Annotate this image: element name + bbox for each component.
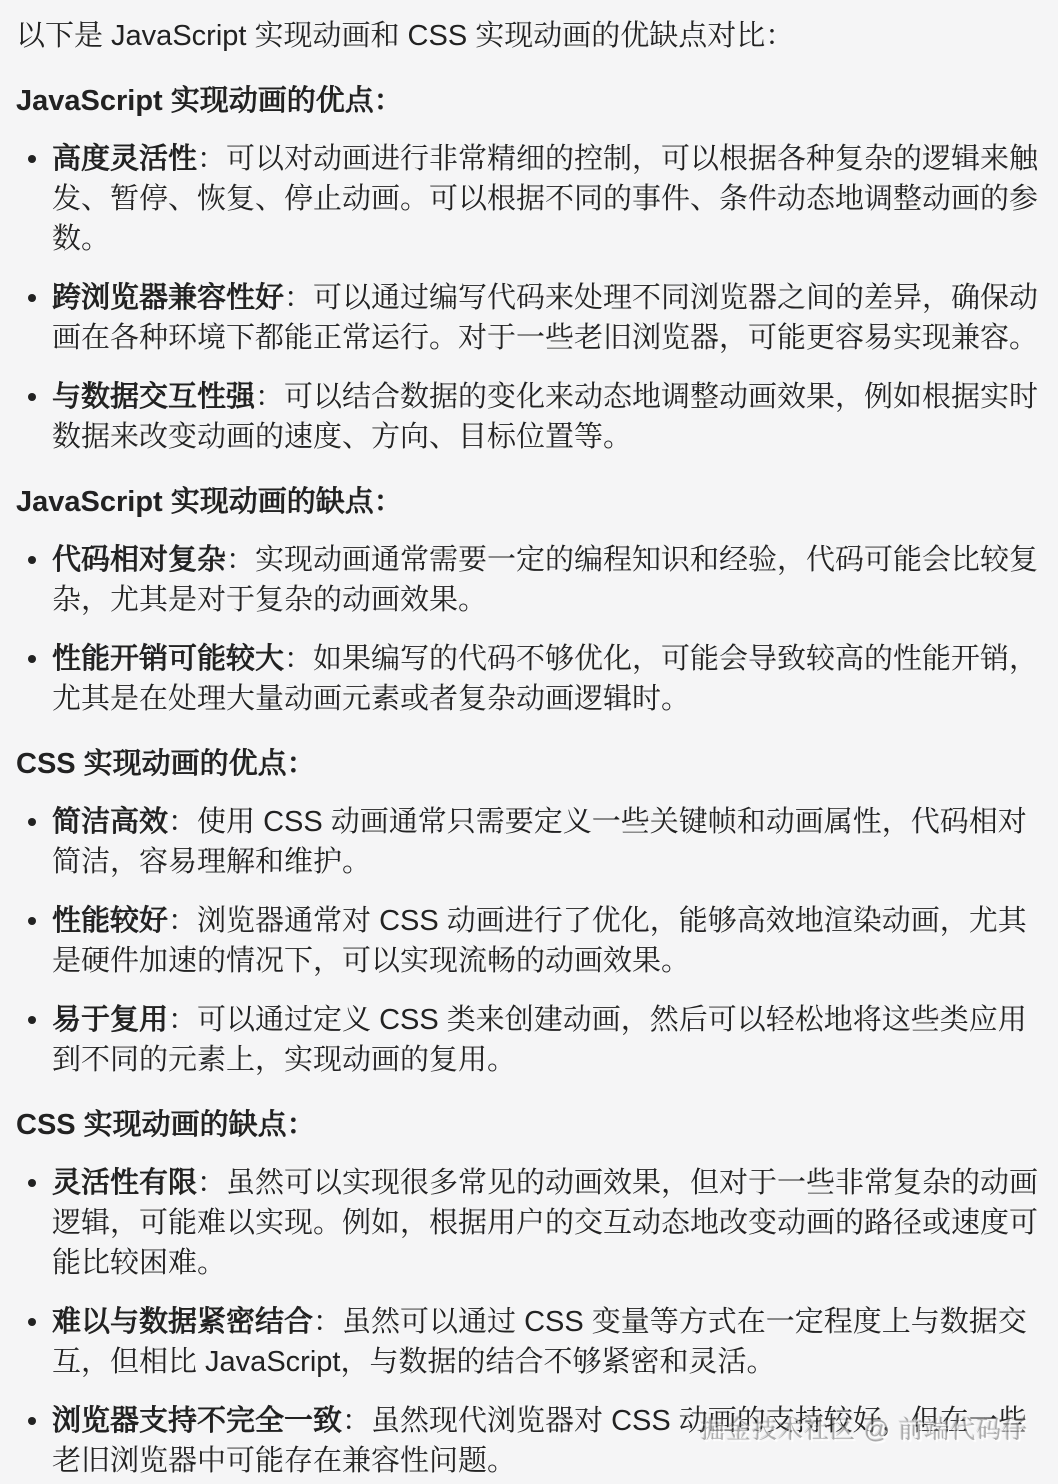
item-term: 性能开销可能较大 (52, 643, 284, 675)
list-item: 代码相对复杂：实现动画通常需要一定的编程知识和经验，代码可能会比较复杂，尤其是对… (16, 540, 1042, 620)
bullet-list: 代码相对复杂：实现动画通常需要一定的编程知识和经验，代码可能会比较复杂，尤其是对… (16, 540, 1042, 719)
section-js-pros: JavaScript 实现动画的优点： 高度灵活性：可以对动画进行非常精细的控制… (16, 81, 1042, 457)
bullet-dot (28, 917, 36, 925)
bullet-dot (28, 1417, 36, 1425)
bullet-dot (28, 556, 36, 564)
item-term: 代码相对复杂 (52, 544, 226, 576)
document: 以下是 JavaScript 实现动画和 CSS 实现动画的优缺点对比： Jav… (0, 0, 1058, 1481)
item-colon: ： (197, 143, 226, 175)
bullet-dot (28, 294, 36, 302)
item-term: 难以与数据紧密结合 (52, 1306, 313, 1338)
bullet-list: 高度灵活性：可以对动画进行非常精细的控制，可以根据各种复杂的逻辑来触发、暂停、恢… (16, 139, 1042, 457)
item-term: 灵活性有限 (52, 1167, 197, 1199)
item-colon: ： (284, 282, 313, 314)
item-term: 高度灵活性 (52, 143, 197, 175)
item-colon: ： (168, 806, 197, 838)
item-desc: 浏览器通常对 CSS 动画进行了优化，能够高效地渲染动画，尤其是硬件加速的情况下… (52, 905, 1027, 977)
list-item: 简洁高效：使用 CSS 动画通常只需要定义一些关键帧和动画属性，代码相对简洁，容… (16, 802, 1042, 882)
bullet-dot (28, 155, 36, 163)
section-heading: CSS 实现动画的优点： (16, 744, 1042, 784)
section-css-pros: CSS 实现动画的优点： 简洁高效：使用 CSS 动画通常只需要定义一些关键帧和… (16, 744, 1042, 1080)
bullet-dot (28, 818, 36, 826)
item-term: 易于复用 (52, 1004, 168, 1036)
list-item: 与数据交互性强：可以结合数据的变化来动态地调整动画效果，例如根据实时数据来改变动… (16, 377, 1042, 457)
bullet-dot (28, 1179, 36, 1187)
item-term: 与数据交互性强 (52, 381, 255, 413)
item-term: 跨浏览器兼容性好 (52, 282, 284, 314)
bullet-dot (28, 655, 36, 663)
item-colon: ： (197, 1167, 226, 1199)
item-colon: ： (226, 544, 255, 576)
bullet-dot (28, 1318, 36, 1326)
bullet-dot (28, 393, 36, 401)
item-colon: ： (313, 1306, 342, 1338)
section-css-cons: CSS 实现动画的缺点： 灵活性有限：虽然可以实现很多常见的动画效果，但对于一些… (16, 1105, 1042, 1481)
list-item: 浏览器支持不完全一致：虽然现代浏览器对 CSS 动画的支持较好，但在一些老旧浏览… (16, 1401, 1042, 1481)
item-term: 简洁高效 (52, 806, 168, 838)
bullet-list: 灵活性有限：虽然可以实现很多常见的动画效果，但对于一些非常复杂的动画逻辑，可能难… (16, 1163, 1042, 1481)
list-item: 易于复用：可以通过定义 CSS 类来创建动画，然后可以轻松地将这些类应用到不同的… (16, 1000, 1042, 1080)
bullet-list: 简洁高效：使用 CSS 动画通常只需要定义一些关键帧和动画属性，代码相对简洁，容… (16, 802, 1042, 1080)
item-colon: ： (342, 1405, 371, 1437)
list-item: 性能开销可能较大：如果编写的代码不够优化，可能会导致较高的性能开销，尤其是在处理… (16, 639, 1042, 719)
intro-paragraph: 以下是 JavaScript 实现动画和 CSS 实现动画的优缺点对比： (16, 16, 1042, 56)
section-heading: JavaScript 实现动画的缺点： (16, 482, 1042, 522)
list-item: 难以与数据紧密结合：虽然可以通过 CSS 变量等方式在一定程度上与数据交互，但相… (16, 1302, 1042, 1382)
list-item: 跨浏览器兼容性好：可以通过编写代码来处理不同浏览器之间的差异，确保动画在各种环境… (16, 278, 1042, 358)
item-desc: 使用 CSS 动画通常只需要定义一些关键帧和动画属性，代码相对简洁，容易理解和维… (52, 806, 1027, 878)
list-item: 性能较好：浏览器通常对 CSS 动画进行了优化，能够高效地渲染动画，尤其是硬件加… (16, 901, 1042, 981)
item-term: 浏览器支持不完全一致 (52, 1405, 342, 1437)
item-term: 性能较好 (52, 905, 168, 937)
item-colon: ： (168, 905, 197, 937)
section-heading: JavaScript 实现动画的优点： (16, 81, 1042, 121)
list-item: 灵活性有限：虽然可以实现很多常见的动画效果，但对于一些非常复杂的动画逻辑，可能难… (16, 1163, 1042, 1283)
list-item: 高度灵活性：可以对动画进行非常精细的控制，可以根据各种复杂的逻辑来触发、暂停、恢… (16, 139, 1042, 259)
item-desc: 可以通过定义 CSS 类来创建动画，然后可以轻松地将这些类应用到不同的元素上，实… (52, 1004, 1027, 1076)
item-colon: ： (255, 381, 284, 413)
item-colon: ： (168, 1004, 197, 1036)
bullet-dot (28, 1016, 36, 1024)
section-heading: CSS 实现动画的缺点： (16, 1105, 1042, 1145)
item-colon: ： (284, 643, 313, 675)
section-js-cons: JavaScript 实现动画的缺点： 代码相对复杂：实现动画通常需要一定的编程… (16, 482, 1042, 719)
